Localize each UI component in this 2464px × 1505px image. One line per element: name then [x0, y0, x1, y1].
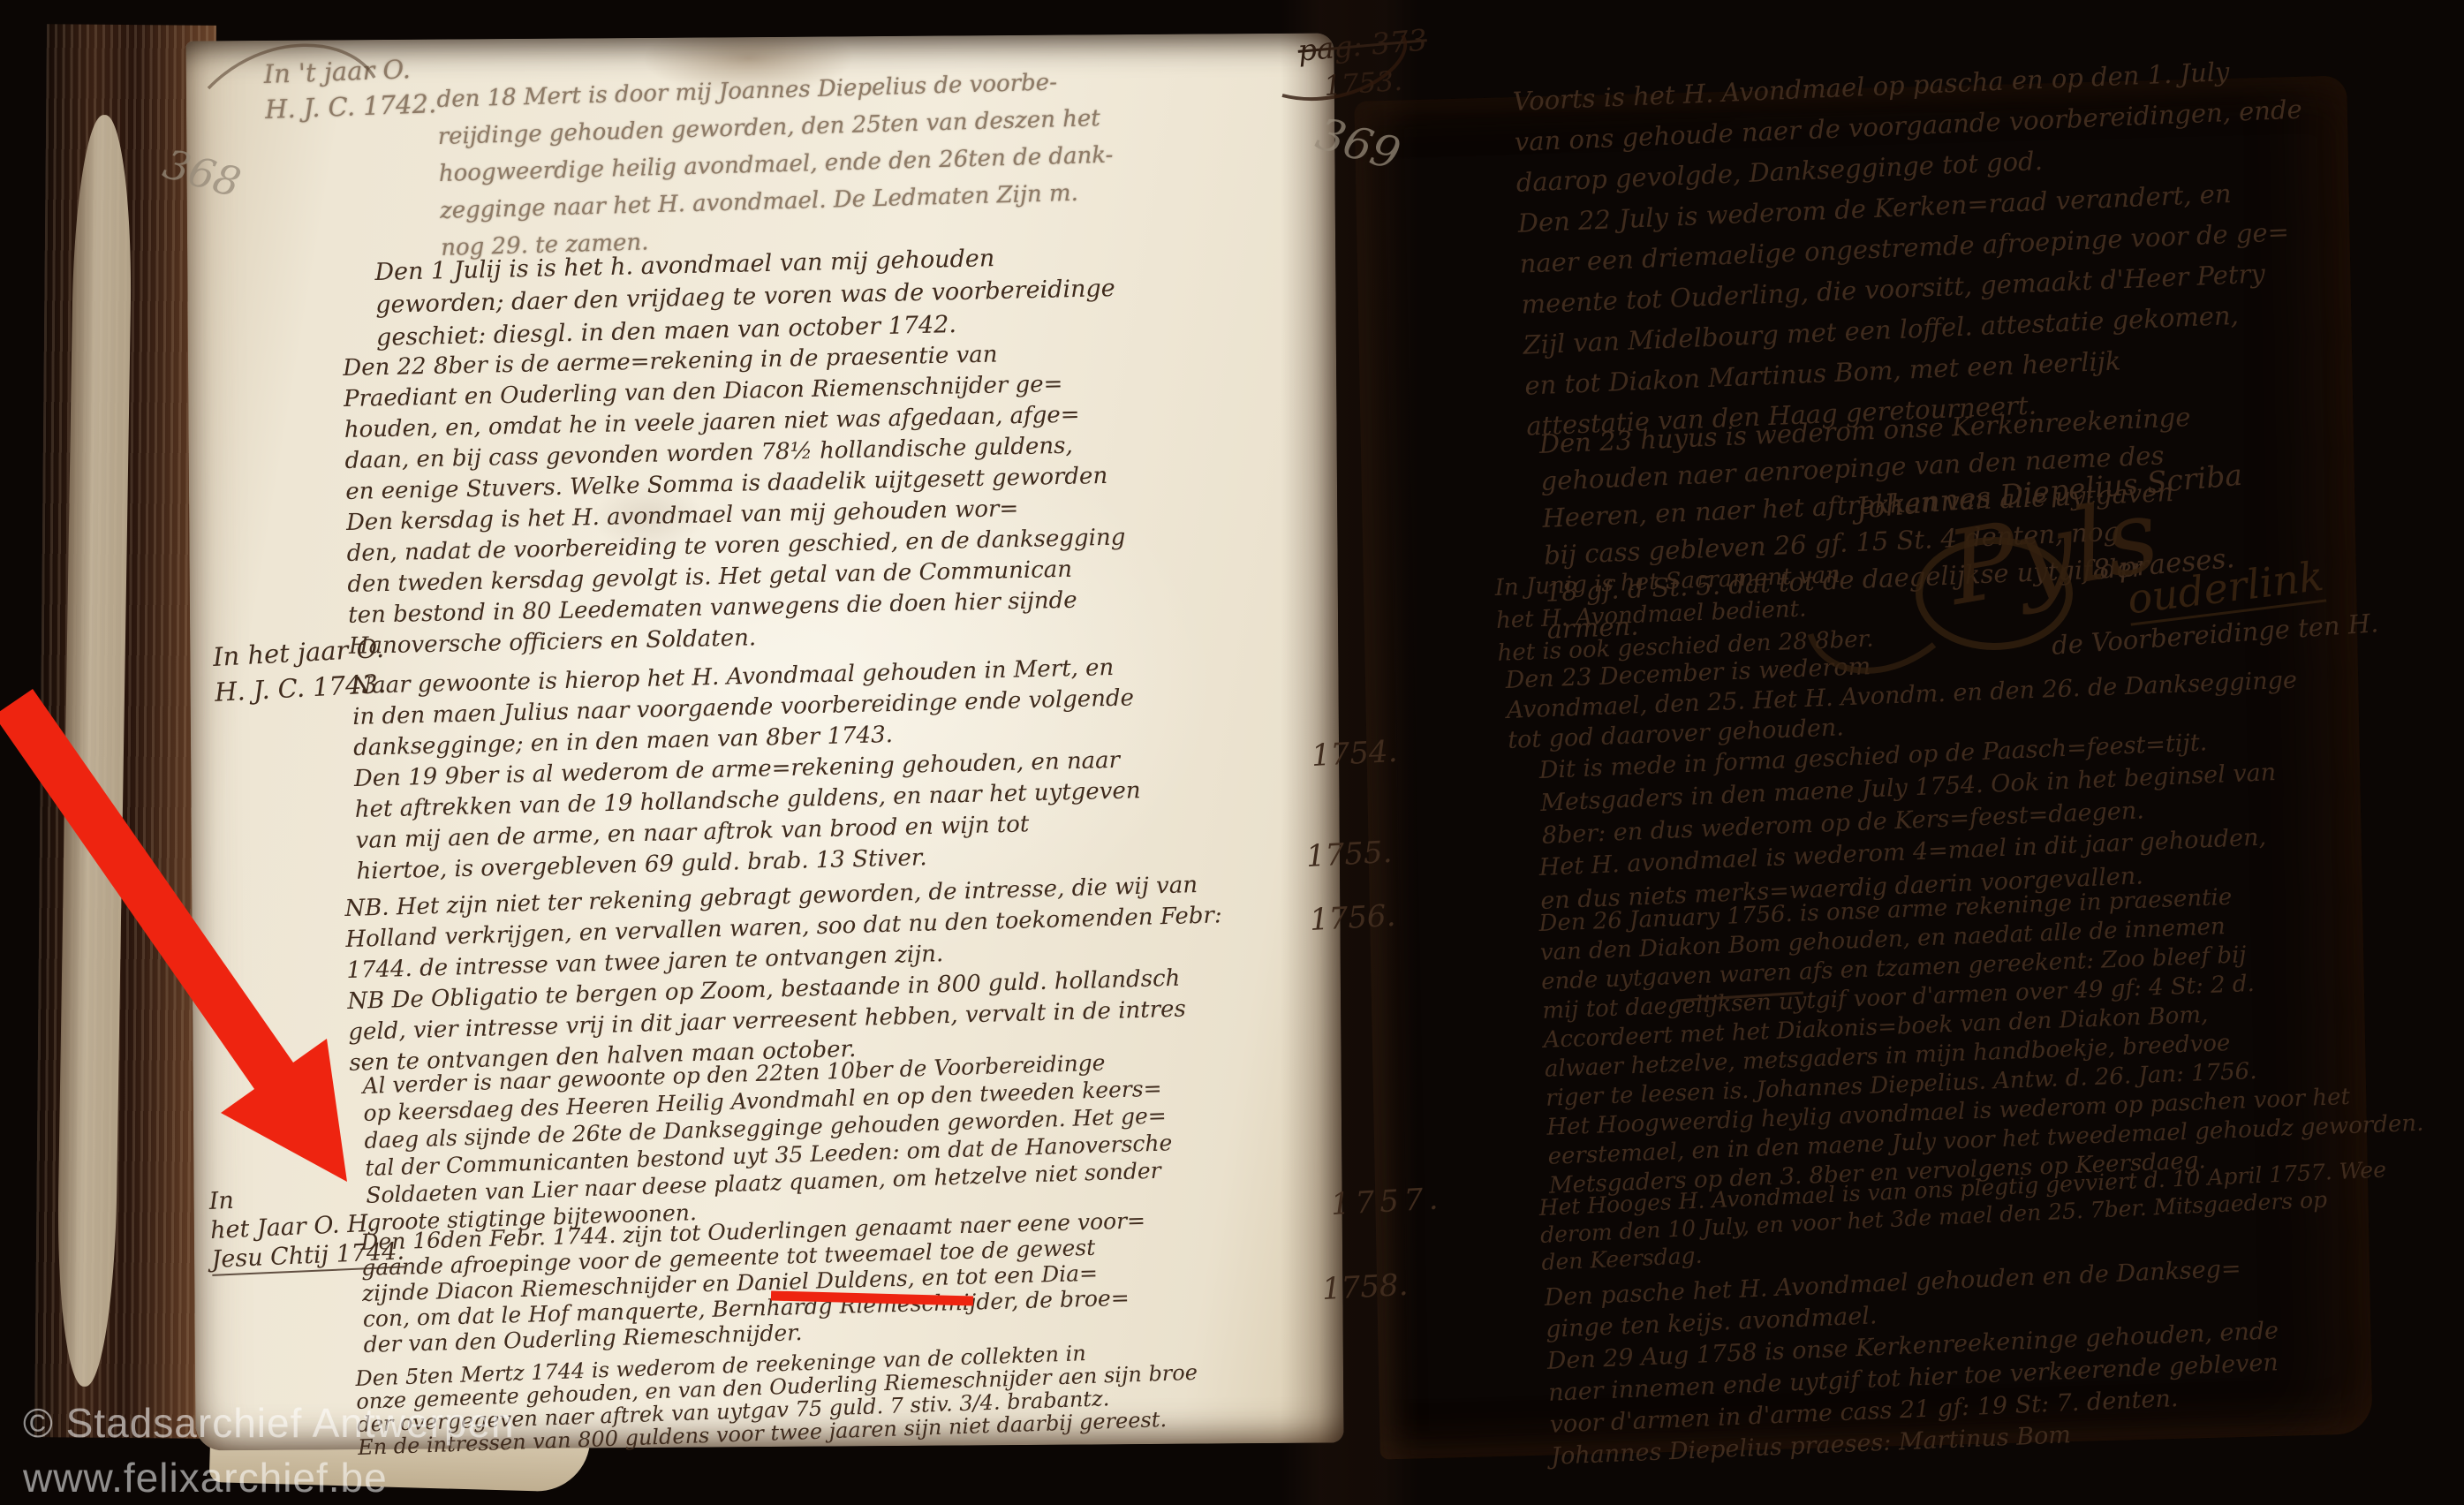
margin-year-1755: 1755.: [1305, 835, 1393, 874]
handwriting-line: In 't jaar O.: [263, 50, 435, 92]
entry-1743-december: Al verder is naar gewoonte op den 22ten …: [362, 1047, 1175, 1237]
entry-1744-february: Den 16den Febr. 1744. zijn tot Ouderling…: [360, 1207, 1149, 1358]
entry-1753-top: Voorts is het H. Avondmael op pascha en …: [1512, 49, 2315, 447]
entry-nb-notes: NB. Het zijn niet ter rekening gebragt g…: [344, 869, 1226, 1079]
margin-year-1757: 1757.: [1330, 1181, 1444, 1222]
entry-1742-october: Den 22 8ber is de aerme=rekening in de p…: [343, 337, 1128, 662]
margin-year-1758: 1758.: [1321, 1267, 1409, 1307]
entry-1742-july: Den 1 Julij is is het h. avondmael van m…: [374, 239, 1116, 354]
year-heading-1753: 1753.: [1323, 65, 1403, 102]
watermark-copyright: © Stadsarchief Antwerpen: [23, 1399, 515, 1447]
entry-1742-march: den 18 Mert is door mij Joannes Diepeliu…: [436, 63, 1115, 267]
margin-year-1754: 1754.: [1311, 734, 1398, 774]
watermark-url: www.felixarchief.be: [23, 1454, 388, 1501]
handwriting-line: H. J. C. 1742.: [264, 86, 436, 127]
margin-year-1756: 1756.: [1309, 898, 1396, 938]
entry-1758: Den pasche het H. Avondmael gehouden en …: [1544, 1252, 2283, 1473]
entry-1756: Den 26 January 1756. is onse arme rekeni…: [1538, 876, 2425, 1201]
margin-note-1742: In 't jaar O.H. J. C. 1742.: [263, 50, 437, 127]
entry-1743: Naar gewoonte is hierop het H. Avondmaal…: [351, 652, 1143, 888]
archive-photo: In 't jaar O.H. J. C. 1742. 368 den 18 M…: [0, 0, 2464, 1505]
